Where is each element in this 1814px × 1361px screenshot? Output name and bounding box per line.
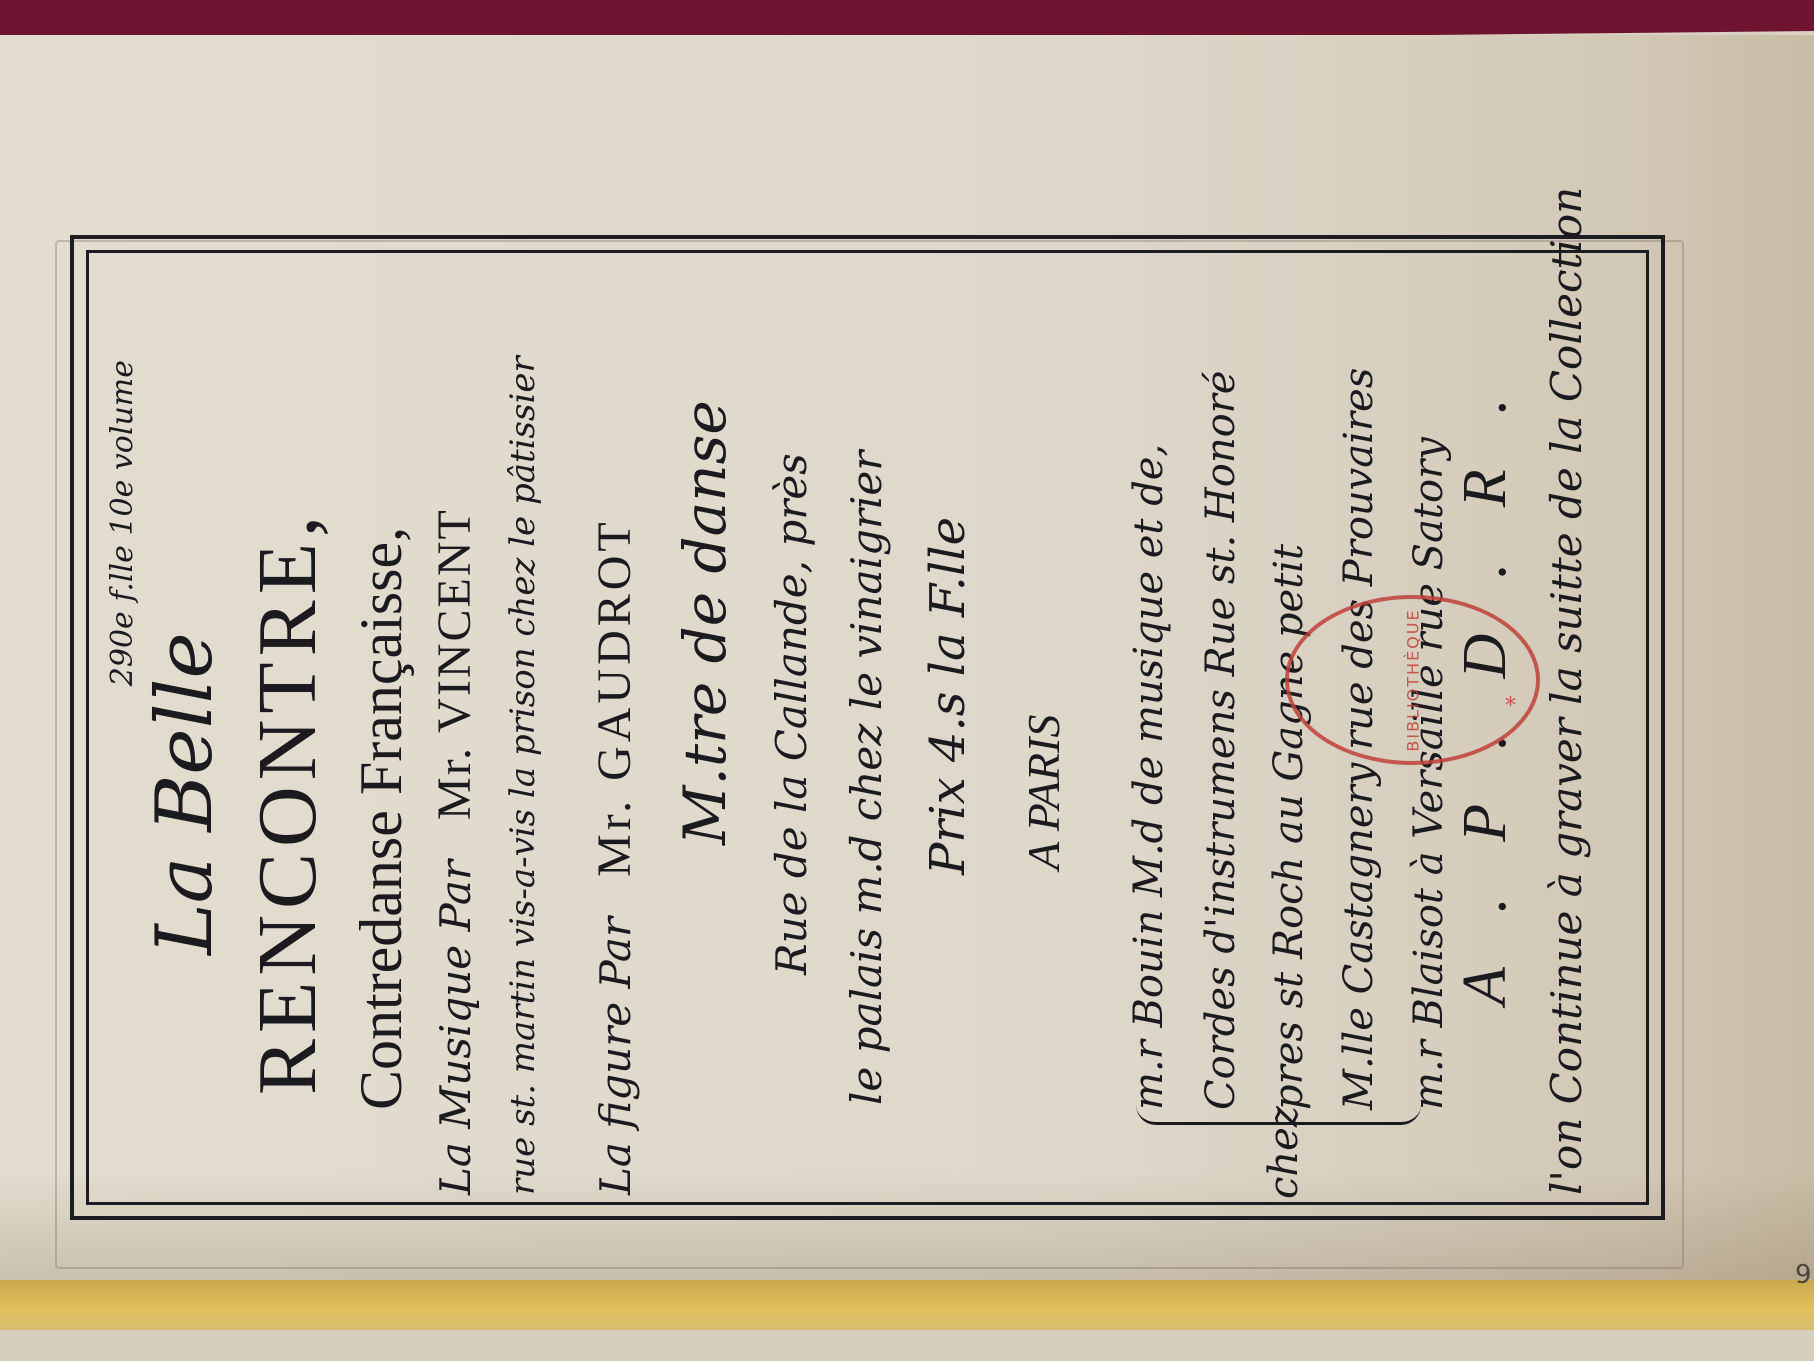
music-address: rue st. martin vis-a-vis la prison chez … <box>506 250 540 1205</box>
music-credit: La Musique Par Mr. VINCENT <box>431 250 479 1205</box>
footer-note: l'on Continue à graver la suitte de la C… <box>1546 250 1588 1205</box>
music-credit-prefix: La Musique Par <box>431 860 480 1195</box>
figure-address-1: Rue de la Callande, près <box>771 250 813 1205</box>
figure-address-2: le palais m.d chez le vinaigrier <box>846 250 888 1205</box>
figure-credit: La figure Par Mr. GAUDROT <box>591 250 639 1205</box>
figure-credit-name: Mr. GAUDROT <box>588 518 641 877</box>
place: A PARIS <box>1021 250 1067 1205</box>
price: Prix 4.s la F.lle <box>924 250 972 1205</box>
page-number: 9 <box>1795 1260 1812 1290</box>
seller-line: Cordes d'instrumens Rue st. Honoré <box>1198 371 1244 1110</box>
title-prefix: La Belle <box>146 250 224 1205</box>
main-title: RENCONTRE, <box>246 250 330 1205</box>
page-edge <box>0 1280 1814 1330</box>
music-credit-name: Mr. VINCENT <box>428 508 481 820</box>
seller-line: pres st Roch au Gagne petit <box>1266 544 1312 1110</box>
star-icon: * <box>1505 694 1516 719</box>
next-page-edge <box>0 1330 1814 1361</box>
figure-role: M.tre de danse <box>676 250 734 1205</box>
figure-credit-prefix: La figure Par <box>591 917 640 1195</box>
subtitle: Contredanse Françaisse, <box>351 250 411 1205</box>
seller-line: m.r Bouin M.d de musique et de, <box>1126 444 1172 1110</box>
library-stamp: BIBLIOTHÈQUE * <box>1285 595 1540 765</box>
stamp-text: BIBLIOTHÈQUE <box>1332 557 1494 804</box>
volume-note: 290e f.lle 10e volume <box>108 250 138 1205</box>
